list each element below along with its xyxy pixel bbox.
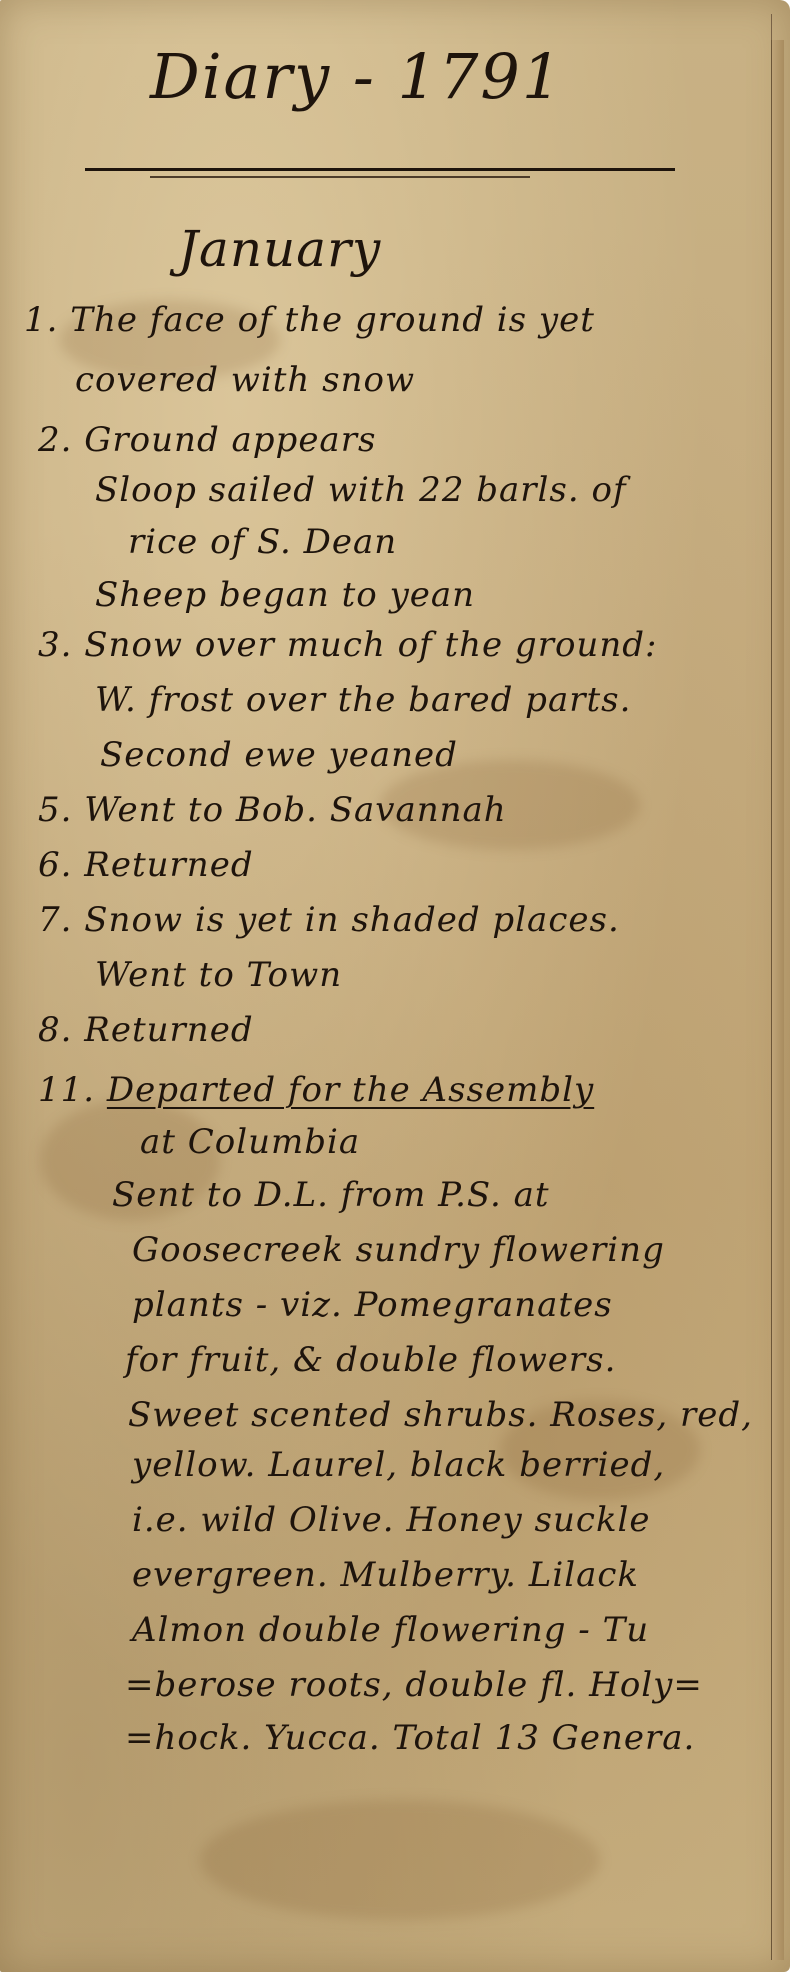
entry-line: Sheep began to yean: [95, 575, 475, 615]
entry-line: =berose roots, double fl. Holy=: [125, 1665, 703, 1705]
entry-line: Second ewe yeaned: [100, 735, 458, 775]
entry-day: 3.: [38, 625, 72, 665]
entry-day: 11.: [38, 1070, 95, 1110]
entry-day: 8.: [38, 1010, 72, 1050]
title-rule-secondary: [150, 176, 530, 178]
title-rule: [85, 168, 675, 171]
diary-title: Diary - 1791: [150, 40, 563, 113]
entry-line: yellow. Laurel, black berried,: [132, 1445, 665, 1485]
entry-line: =hock. Yucca. Total 13 Genera.: [125, 1718, 695, 1758]
entry-line: 11. Departed for the Assembly: [38, 1070, 594, 1110]
month-heading: January: [178, 220, 381, 278]
entry-line: at Columbia: [140, 1122, 360, 1162]
entry-day: 6.: [38, 845, 72, 885]
entry-line: Almon double flowering - Tu: [132, 1610, 649, 1650]
entry-day: 2.: [38, 420, 72, 460]
entry-line: evergreen. Mulberry. Lilack: [132, 1555, 639, 1595]
entry-line: for fruit, & double flowers.: [125, 1340, 616, 1380]
entry-line: 2. Ground appears: [38, 420, 376, 460]
entry-line: Sweet scented shrubs. Roses, red,: [128, 1395, 753, 1435]
page-stack-edge: [771, 40, 784, 1960]
entry-line: Sent to D.L. from P.S. at: [112, 1175, 550, 1215]
entry-line: 3. Snow over much of the ground:: [38, 625, 657, 665]
entry-line: W. frost over the bared parts.: [95, 680, 631, 720]
entry-line: 8. Returned: [38, 1010, 254, 1050]
entry-day: 7.: [38, 900, 72, 940]
manuscript-page: Diary - 1791 January 1. The face of the …: [0, 0, 790, 1972]
entry-line: covered with snow: [75, 360, 415, 400]
entry-line: 5. Went to Bob. Savannah: [38, 790, 507, 830]
entry-line: 1. The face of the ground is yet: [24, 300, 595, 340]
entry-line: Went to Town: [95, 955, 342, 995]
entry-line: Sloop sailed with 22 barls. of: [95, 470, 627, 510]
entry-line: plants - viz. Pomegranates: [132, 1285, 613, 1325]
entry-day: 5.: [38, 790, 72, 830]
entry-line: i.e. wild Olive. Honey suckle: [132, 1500, 651, 1540]
entry-line: 7. Snow is yet in shaded places.: [38, 900, 620, 940]
entry-line: Goosecreek sundry flowering: [132, 1230, 665, 1270]
entry-line: 6. Returned: [38, 845, 254, 885]
entry-line: rice of S. Dean: [128, 522, 397, 562]
entry-day: 1.: [24, 300, 58, 340]
